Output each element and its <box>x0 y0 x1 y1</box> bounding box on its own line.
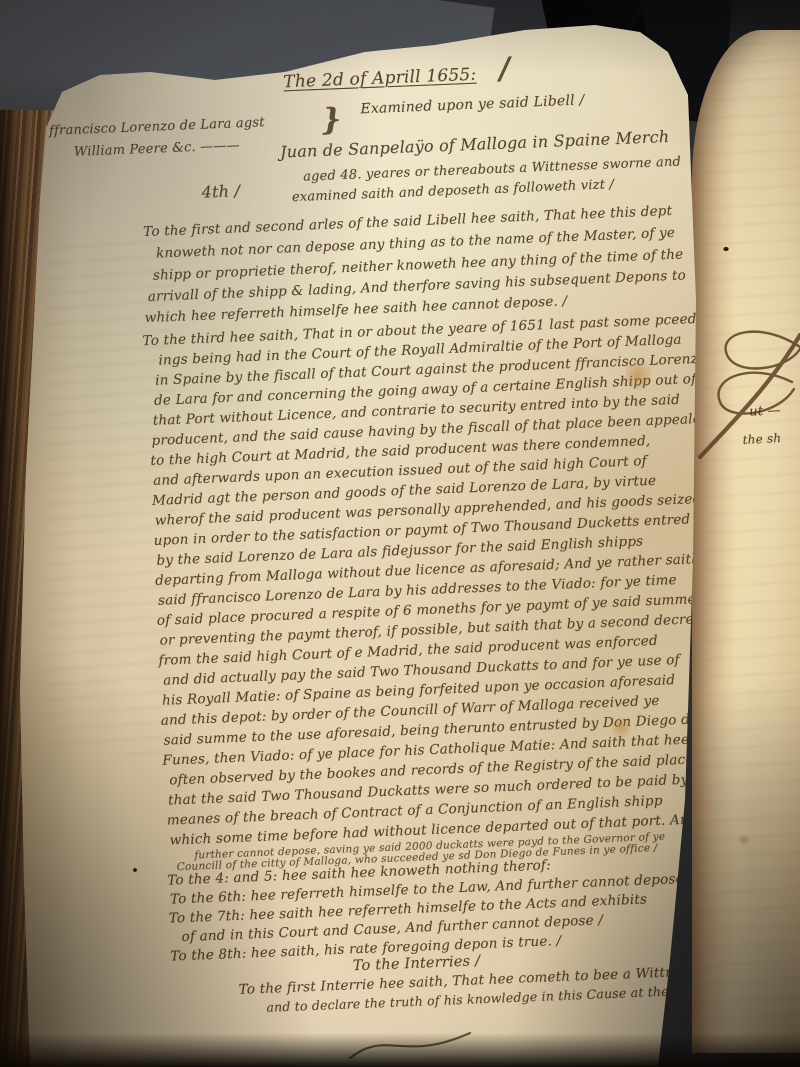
ink-blot <box>133 868 137 872</box>
manuscript-line: The 2d of Aprill 1655: <box>283 65 477 93</box>
paper-stain <box>737 835 751 845</box>
paper-stain <box>625 355 651 395</box>
manuscript-line: 4th / <box>201 181 240 202</box>
manuscript-line: ut — <box>749 403 781 420</box>
manuscript-line: ffrancisco Lorenzo de Lara agst <box>49 115 265 139</box>
paper-stain <box>611 715 631 741</box>
manuscript-line: / <box>498 51 511 86</box>
ink-blot <box>723 247 729 251</box>
facing-page: ut —the sh <box>692 30 800 1053</box>
bottom-shadow <box>0 1033 800 1067</box>
manuscript-line: } <box>321 102 342 138</box>
manuscript-page: The 2d of Aprill 1655:/ffrancisco Lorenz… <box>15 25 705 1067</box>
manuscript-line: aged 48. yeares or thereabouts a Wittnes… <box>303 155 681 185</box>
manuscript-text-layer: The 2d of Aprill 1655:/ffrancisco Lorenz… <box>0 3 731 1067</box>
manuscript-photo: ut —the sh The 2d of Aprill 1655:/ffranc… <box>0 0 800 1067</box>
manuscript-line: the sh <box>742 431 781 447</box>
manuscript-line: Examined upon ye said Libell / <box>360 92 584 117</box>
manuscript-line: William Peere &c. ——— <box>74 138 240 160</box>
